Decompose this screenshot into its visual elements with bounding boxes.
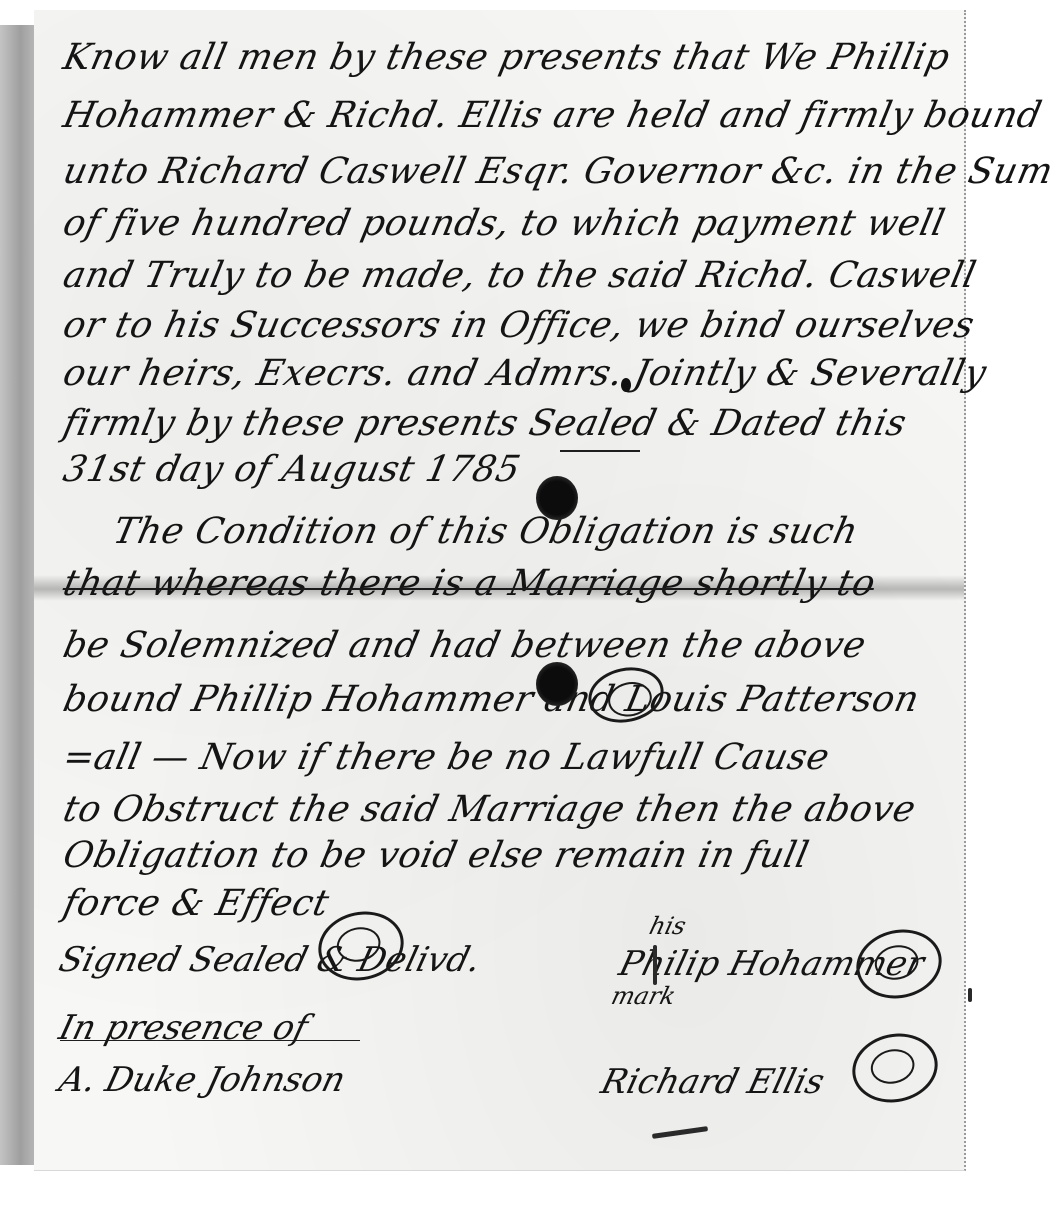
in-presence-label: In presence of xyxy=(55,1008,312,1048)
his-label: his xyxy=(647,912,689,940)
text-line-13: bound Phillip Hohammer and Louis Patters… xyxy=(60,682,922,718)
text-line-17: force & Effect xyxy=(60,886,332,922)
signed-sealed-label: Signed Sealed & Delivd. xyxy=(55,940,485,980)
text-line-4: of five hundred pounds, to which payment… xyxy=(60,206,948,242)
text-line-5: and Truly to be made, to the said Richd.… xyxy=(60,258,979,294)
text-line-9-date: 31st day of August 1785 xyxy=(60,452,523,488)
text-line-14: =all — Now if there be no Lawfull Cause xyxy=(60,740,833,776)
flourish-rule xyxy=(560,450,640,452)
text-line-7: our heirs, Execrs. and Admrs. Jointly & … xyxy=(60,356,989,392)
mark-cross-icon xyxy=(653,945,657,985)
stray-edge-mark xyxy=(968,988,972,1002)
mark-label: mark xyxy=(609,982,679,1010)
witness-signature: A. Duke Johnson xyxy=(55,1060,350,1100)
ink-blot-hole-upper xyxy=(536,476,578,520)
page-binding-edge xyxy=(0,25,34,1165)
text-line-2: Hohammer & Richd. Ellis are held and fir… xyxy=(60,98,1045,134)
ink-blot-hole-lower xyxy=(536,662,578,706)
text-line-8: firmly by these presents Sealed & Dated … xyxy=(60,406,909,442)
text-line-1: Know all men by these presents that We P… xyxy=(60,40,953,76)
text-line-10: The Condition of this Obligation is such xyxy=(110,514,861,550)
text-line-16: Obligation to be void else remain in ful… xyxy=(60,838,812,874)
text-line-11: that whereas there is a Marriage shortly… xyxy=(60,566,879,602)
scanned-document: Know all men by these presents that We P… xyxy=(0,0,1050,1232)
surety-signature: Richard Ellis xyxy=(597,1062,828,1102)
text-line-3: unto Richard Caswell Esqr. Governor &c. … xyxy=(60,154,1050,190)
text-line-6: or to his Successors in Office, we bind … xyxy=(60,308,977,344)
ink-spot xyxy=(621,378,631,392)
text-line-12: be Solemnized and had between the above xyxy=(60,628,869,664)
text-line-15: to Obstruct the said Marriage then the a… xyxy=(60,792,919,828)
presence-underline xyxy=(60,1040,360,1041)
